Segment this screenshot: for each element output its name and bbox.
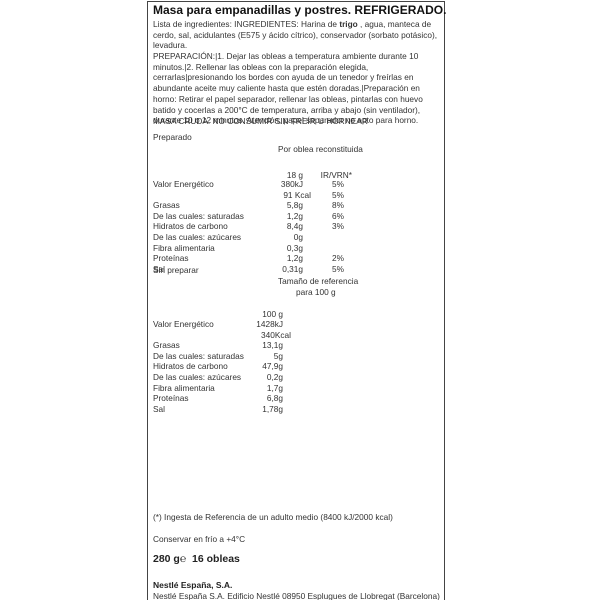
prepared-row-label: Fibra alimentaria [153, 243, 215, 253]
unprepared-row-value: 1,78g [223, 404, 283, 414]
prepared-row-pct: 8% [314, 200, 344, 210]
product-info-panel: Masa para empanadillas y postres. REFRIG… [147, 1, 445, 600]
preparation-instructions: PREPARACIÓN:|1. Dejar las obleas a tempe… [153, 51, 441, 126]
prepared-row-value: 1,2g [243, 211, 303, 221]
unit-count: 16 obleas [192, 553, 240, 565]
unprepared-row-label: Valor Energético [153, 319, 214, 329]
raw-dough-warning: MASA CRUDA. NO CONSUMIR SIN FREÍR U HORN… [153, 116, 368, 126]
unprepared-row-value: 1,7g [223, 383, 283, 393]
prepared-row-label: Valor Energético [153, 179, 214, 189]
prepared-column-title: Por oblea reconstituida [278, 144, 363, 154]
company-address: Nestlé España S.A. Edificio Nestlé 08950… [153, 591, 440, 600]
unprepared-column-title-2: para 100 g [296, 287, 336, 297]
prepared-row-value: 8,4g [243, 221, 303, 231]
prepared-row-pct: 6% [314, 211, 344, 221]
prepared-row-value: 1,2g [243, 253, 303, 263]
prepared-row-pct: 5% [314, 179, 344, 189]
unprepared-row-label: Hidratos de carbono [153, 361, 228, 371]
prepared-row-value: 0,31g [243, 264, 303, 274]
unprepared-row-label: Grasas [153, 340, 180, 350]
ingredients-list: Lista de ingredientes: INGREDIENTES: Har… [153, 19, 441, 51]
prepared-row-label: De las cuales: azúcares [153, 232, 241, 242]
prepared-row-label: Proteínas [153, 253, 189, 263]
unprepared-row-value: 13,1g [223, 340, 283, 350]
reference-intake-footnote: (*) Ingesta de Referencia de un adulto m… [153, 512, 393, 522]
prepared-row-pct: 5% [314, 190, 344, 200]
unprepared-section-label: Sin preparar [153, 265, 199, 275]
unprepared-row-value: 6,8g [223, 393, 283, 403]
prepared-row-label: Grasas [153, 200, 180, 210]
unprepared-row-value: 340Kcal [231, 330, 291, 340]
unprepared-row-value: 5g [223, 351, 283, 361]
prepared-row-value: 380kJ [243, 179, 303, 189]
estimated-sign-icon: ℮ [180, 553, 186, 565]
unprepared-row-label: Fibra alimentaria [153, 383, 215, 393]
unprepared-header-qty: 100 g [223, 309, 283, 319]
prepared-row-label: Hidratos de carbono [153, 221, 228, 231]
unprepared-row-value: 47,9g [223, 361, 283, 371]
unprepared-column-title-1: Tamaño de referencia [278, 276, 358, 286]
prepared-row-label: De las cuales: saturadas [153, 211, 244, 221]
unprepared-row-label: Proteínas [153, 393, 189, 403]
product-title: Masa para empanadillas y postres. REFRIG… [153, 3, 446, 17]
prepared-row-value: 5,8g [243, 200, 303, 210]
unprepared-row-value: 0,2g [223, 372, 283, 382]
prepared-row-value: 0,3g [243, 243, 303, 253]
prepared-row-pct: 2% [314, 253, 344, 263]
storage-instructions: Conservar en frío a +4°C [153, 534, 245, 544]
net-weight: 280 g [153, 553, 180, 565]
net-quantity: 280 g℮ 16 obleas [153, 553, 240, 565]
unprepared-row-value: 1428kJ [223, 319, 283, 329]
unprepared-row-label: Sal [153, 404, 165, 414]
prepared-section-label: Preparado [153, 132, 192, 142]
prepared-row-value: 91 Kcal [251, 190, 311, 200]
allergen-wheat: trigo [339, 19, 357, 29]
company-name: Nestlé España, S.A. [153, 580, 232, 590]
ingredients-prefix: Lista de ingredientes: INGREDIENTES: Har… [153, 19, 339, 29]
prepared-row-pct: 5% [314, 264, 344, 274]
prepared-row-value: 0g [243, 232, 303, 242]
prepared-row-pct: 3% [314, 221, 344, 231]
